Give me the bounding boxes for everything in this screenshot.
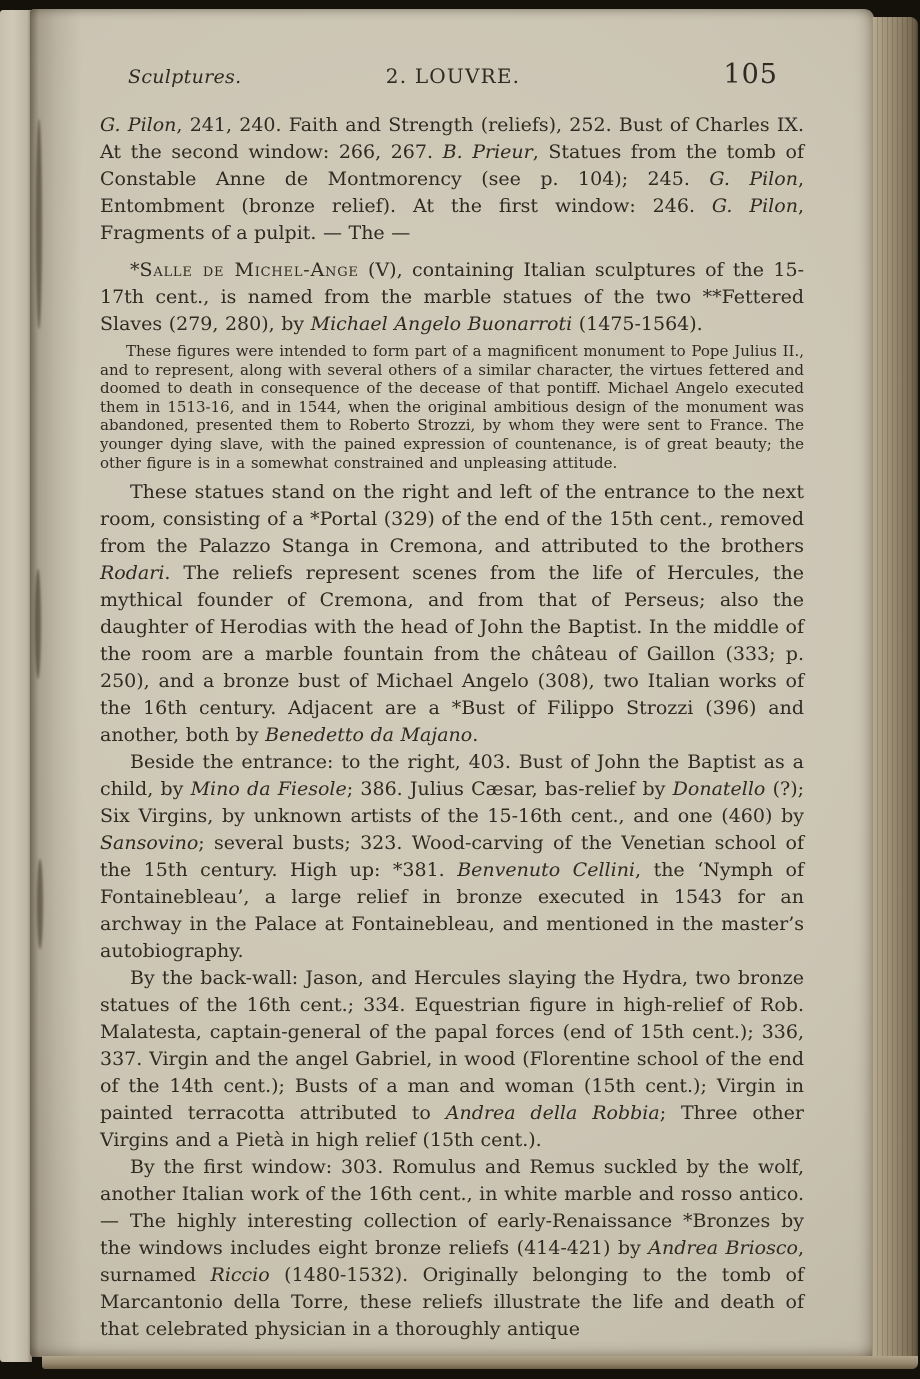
text-run: G. Pilon bbox=[712, 195, 798, 217]
text-run: Benedetto da Majano bbox=[265, 724, 472, 746]
text-run: . The reliefs represent scenes from the … bbox=[100, 562, 804, 746]
paragraph-back-wall: By the back-wall: Jason, and Hercules sl… bbox=[100, 965, 804, 1154]
text-run: G. Pilon bbox=[709, 168, 798, 190]
paragraph-pilon: G. Pilon, 241, 240. Faith and Strength (… bbox=[100, 112, 804, 247]
text-run: These statues stand on the right and lef… bbox=[100, 481, 804, 557]
running-head: Sculptures. 2. LOUVRE. 105 bbox=[100, 59, 804, 90]
paragraph-slaves-note: These figures were intended to form part… bbox=[100, 342, 804, 472]
text-run: Andrea Briosco bbox=[648, 1237, 798, 1259]
running-head-title: 2. LOUVRE. bbox=[386, 64, 520, 88]
text-run: . bbox=[472, 724, 478, 746]
facing-page-edge bbox=[0, 10, 32, 1362]
paragraph-beside-entrance: Beside the entrance: to the right, 403. … bbox=[100, 749, 804, 965]
page-edges-bottom bbox=[42, 1356, 918, 1369]
text-run: Sansovino bbox=[100, 832, 198, 854]
page-number: 105 bbox=[520, 59, 778, 90]
text-run: Michael Angelo Buonarroti bbox=[311, 313, 573, 335]
text-run: G. Pilon bbox=[100, 114, 176, 136]
text-run: (1475-1564). bbox=[572, 313, 703, 335]
paragraph-portal: These statues stand on the right and lef… bbox=[100, 479, 804, 749]
text-run: These figures were intended to form part… bbox=[100, 342, 804, 472]
text-run: Mino da Fiesole bbox=[191, 778, 347, 800]
book-page: Sculptures. 2. LOUVRE. 105 G. Pilon, 241… bbox=[30, 9, 874, 1357]
text-run: Donatello bbox=[673, 778, 766, 800]
page-text: G. Pilon, 241, 240. Faith and Strength (… bbox=[100, 112, 804, 1343]
running-head-section: Sculptures. bbox=[128, 66, 386, 88]
text-run: Andrea della Robbia bbox=[446, 1102, 660, 1124]
paragraph-first-window: By the first window: 303. Romulus and Re… bbox=[100, 1154, 804, 1343]
text-run: Rodari bbox=[100, 562, 164, 584]
text-run: Riccio bbox=[211, 1264, 270, 1286]
text-run: ; 386. Julius Cæsar, bas-relief by bbox=[347, 778, 673, 800]
paragraph-salle-michel-ange: *Salle de Michel-Ange (V), containing It… bbox=[100, 257, 804, 338]
text-run: * bbox=[130, 259, 140, 281]
text-run: B. Prieur bbox=[443, 141, 533, 163]
text-run: Benvenuto Cellini bbox=[457, 859, 635, 881]
page-edges-right bbox=[872, 17, 918, 1367]
text-run: Salle de Michel-Ange bbox=[140, 259, 359, 281]
text-run: By the back-wall: Jason, and Hercules sl… bbox=[100, 967, 804, 1124]
page-content: Sculptures. 2. LOUVRE. 105 G. Pilon, 241… bbox=[30, 9, 874, 1357]
book-scan: Sculptures. 2. LOUVRE. 105 G. Pilon, 241… bbox=[0, 0, 920, 1379]
